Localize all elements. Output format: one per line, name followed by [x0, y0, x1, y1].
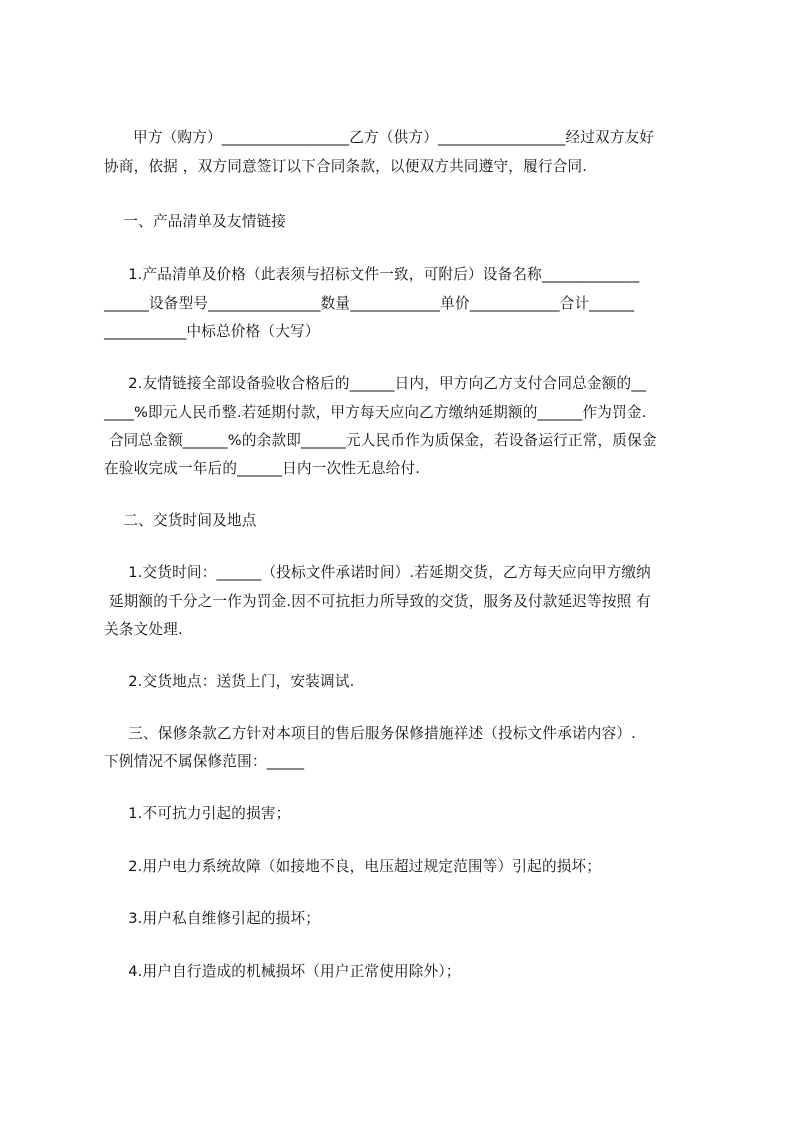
- clause-2-1-line-3: 关条文处理.: [104, 620, 183, 640]
- section-3-heading-line-2: 下例情况不属保修范围：_____: [104, 752, 304, 772]
- clause-1-1-line-2: ______设备型号_______________数量____________单…: [104, 294, 634, 314]
- section-1-heading: 一、产品清单及友情链接: [104, 212, 286, 232]
- intro-line-2: 协商，依据 ，双方同意签订以下合同条款，以便双方共同遵守，履行合同.: [104, 157, 587, 177]
- clause-3-2: 2.用户电力系统故障（如接地不良，电压超过规定范围等）引起的损坏；: [104, 857, 601, 877]
- clause-1-2-line-1: 2.友情链接全部设备验收合格后的______日内，甲方向乙方支付合同总金额的__: [104, 374, 646, 394]
- clause-1-2-line-4: 在验收完成一年后的______日内一次性无息给付.: [104, 459, 420, 479]
- clause-2-1-line-2: 延期额的千分之一作为罚金.因不可抗拒力所导致的交货，服务及付款延迟等按照 有: [104, 592, 651, 612]
- clause-1-2-line-2: ____%即元人民币整.若延期付款，甲方每天应向乙方缴纳延期额的______作为…: [104, 403, 647, 423]
- clause-3-1: 1.不可抗力引起的损害；: [104, 804, 290, 824]
- clause-2-2: 2.交货地点：送货上门，安装调试.: [104, 672, 354, 692]
- clause-2-1-line-1: 1.交货时间：______（投标文件承诺时间）.若延期交货，乙方每天应向甲方缴纳: [104, 563, 651, 583]
- clause-1-1-line-3: ___________中标总价格（大写）: [104, 322, 320, 342]
- intro-line-1: 甲方（购方）_________________乙方（供方）___________…: [104, 128, 654, 148]
- clause-3-3: 3.用户私自维修引起的损坏；: [104, 909, 320, 929]
- clause-1-2-line-3: 合同总金额______%的余款即______元人民币作为质保金，若设备运行正常，…: [104, 431, 657, 451]
- clause-1-1-line-1: 1.产品清单及价格（此表须与招标文件一致，可附后）设备名称___________…: [104, 265, 639, 285]
- section-2-heading: 二、交货时间及地点: [104, 511, 257, 531]
- section-3-heading-line-1: 三、保修条款乙方针对本项目的售后服务保修措施祥述（投标文件承诺内容）.: [104, 724, 636, 744]
- clause-3-4: 4.用户自行造成的机械损坏（用户正常使用除外）；: [104, 962, 461, 982]
